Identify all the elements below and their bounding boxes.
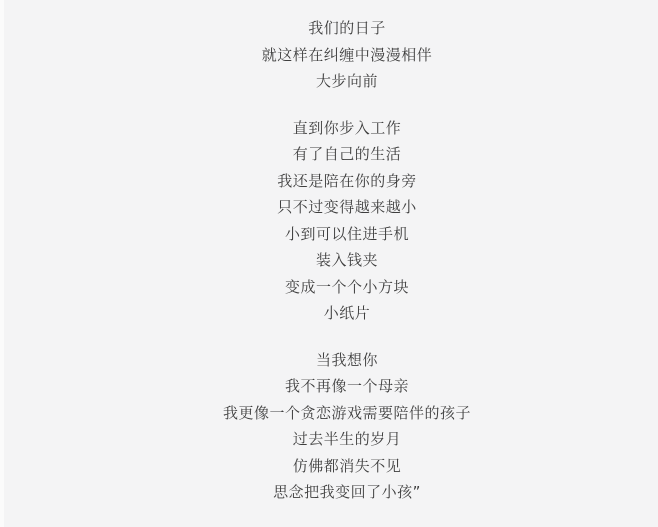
poem-line: 大步向前 (36, 68, 658, 95)
poem-line: 仿佛都消失不见 (36, 453, 658, 480)
poem-line: 我不再像一个母亲 (36, 373, 658, 400)
poem-text: 我们的日子就这样在纠缠中漫漫相伴大步向前直到你步入工作有了自己的生活我还是陪在你… (36, 15, 658, 526)
poem-stanza: 当我想你我不再像一个母亲我更像一个贪恋游戏需要陪伴的孩子过去半生的岁月仿佛都消失… (36, 347, 658, 506)
poem-line: 当我想你 (36, 347, 658, 374)
poem-line: 只不过变得越来越小 (36, 194, 658, 221)
poem-line: 我更像一个贪恋游戏需要陪伴的孩子 (36, 400, 658, 427)
poem-line: 变成一个个小方块 (36, 274, 658, 301)
poem-stanza: 我们的日子就这样在纠缠中漫漫相伴大步向前 (36, 15, 658, 95)
poem-line: 小纸片 (36, 300, 658, 327)
poem-line: 我还是陪在你的身旁 (36, 168, 658, 195)
reader-page: 我们的日子就这样在纠缠中漫漫相伴大步向前直到你步入工作有了自己的生活我还是陪在你… (0, 0, 658, 527)
poem-line: 装入钱夹 (36, 247, 658, 274)
poem-line: 就这样在纠缠中漫漫相伴 (36, 42, 658, 69)
left-edge-strip (0, 0, 4, 527)
poem-line: 直到你步入工作 (36, 115, 658, 142)
poem-line: 我们的日子 (36, 15, 658, 42)
poem-line: 小到可以住进手机 (36, 221, 658, 248)
poem-line: 思念把我变回了小孩” (36, 479, 658, 506)
poem-line: 过去半生的岁月 (36, 426, 658, 453)
poem-stanza: 直到你步入工作有了自己的生活我还是陪在你的身旁只不过变得越来越小小到可以住进手机… (36, 115, 658, 327)
poem-line: 有了自己的生活 (36, 141, 658, 168)
